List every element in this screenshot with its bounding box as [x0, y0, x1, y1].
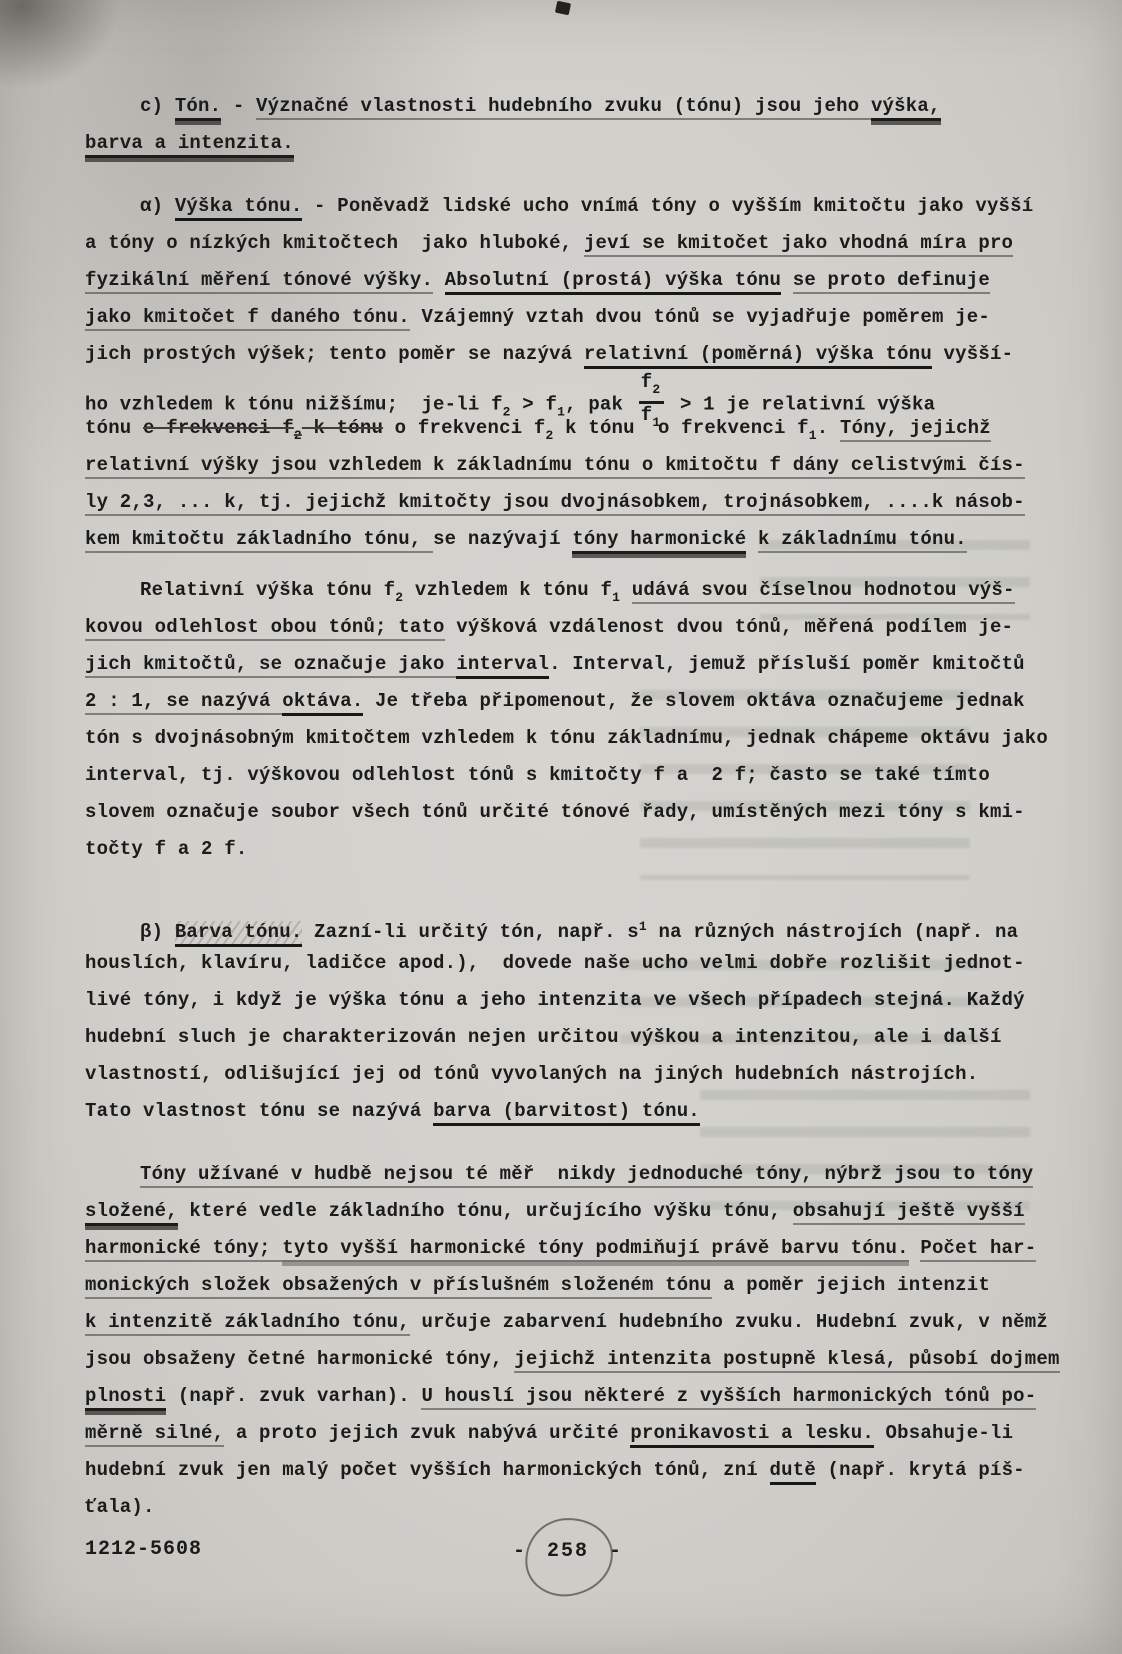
page-footer: 1212-5608 - 258 -	[85, 1530, 1060, 1590]
ink-mark	[555, 1, 571, 16]
text-segment: - Poněvadž lidské ucho vnímá tóny o vyšš…	[302, 195, 1033, 217]
text-segment: 1	[612, 590, 620, 605]
text-segment: 2	[294, 428, 302, 443]
subscript: 2	[652, 382, 660, 397]
text-segment: Tóny, jejichž	[840, 417, 991, 442]
text-segment: (např. zvuk varhan).	[166, 1385, 421, 1407]
text-segment: vlastností, odlišující jej od tónů vyvol…	[85, 1063, 978, 1085]
text-segment: tón s dvojnásobným kmitočtem vzhledem k …	[85, 727, 1048, 749]
text-segment: vyšší-	[932, 343, 1013, 365]
text-line: tón s dvojnásobným kmitočtem vzhledem k …	[85, 720, 1060, 757]
scan-corner-smudge	[0, 0, 120, 90]
paragraph: Tóny užívané v hudbě nejsou té měř nikdy…	[85, 1156, 1060, 1526]
text-segment: jeví se kmitočet jako vhodná míra pro	[584, 232, 1013, 257]
text-line: barva a intenzita.	[85, 125, 1060, 162]
text-segment: k intenzitě základního tónu,	[85, 1311, 410, 1336]
text-segment	[909, 1237, 921, 1259]
text-line: kovou odlehlost obou tónů; tato výšková …	[85, 609, 1060, 646]
text-segment: 2 : 1, se nazývá	[85, 690, 282, 715]
text-segment: ly 2,3, ... k, tj. jejichž kmitočty jsou…	[85, 491, 1025, 516]
text-segment: Je třeba připomenout, že slovem oktáva o…	[363, 690, 1024, 712]
paragraph: c) Tón. - Význačné vlastnosti hudebního …	[85, 88, 1060, 162]
text-line: a tóny o nízkých kmitočtech jako hluboké…	[85, 225, 1060, 262]
text-segment: k tónu o frekvenci f	[554, 417, 809, 439]
scanned-page: c) Tón. - Význačné vlastnosti hudebního …	[0, 0, 1122, 1654]
text-segment: jsou obsaženy četné harmonické tóny,	[85, 1348, 514, 1370]
text-line: monických složek obsažených v příslušném…	[85, 1267, 1060, 1304]
paragraph: Relativní výška tónu f2 vzhledem k tónu …	[85, 572, 1060, 868]
text-line: Tóny užívané v hudbě nejsou té měř nikdy…	[85, 1156, 1060, 1193]
text-segment: barva a intenzita.	[85, 132, 294, 158]
text-segment: Obsahuje-li	[874, 1422, 1013, 1444]
text-line: vlastností, odlišující jej od tónů vyvol…	[85, 1056, 1060, 1093]
text-segment: hudební zvuk jen malý počet vyšších harm…	[85, 1459, 770, 1481]
text-segment: složené,	[85, 1200, 178, 1226]
document-body: c) Tón. - Význačné vlastnosti hudebního …	[85, 88, 1060, 1540]
text-line: Relativní výška tónu f2 vzhledem k tónu …	[85, 572, 1060, 609]
subscript: 1	[652, 415, 660, 430]
text-line: ly 2,3, ... k, tj. jejichž kmitočty jsou…	[85, 484, 1060, 521]
fraction-f2-over-f1: f2f1	[639, 371, 665, 434]
page-number: - 258 -	[513, 1540, 623, 1563]
text-line: točty f a 2 f.	[85, 831, 1060, 868]
text-segment: interval	[456, 653, 549, 679]
text-segment: Tato vlastnost tónu se nazývá	[85, 1100, 433, 1122]
text-segment: Relativní výška tónu f	[140, 579, 395, 601]
text-segment: jich prostých výšek; tento poměr se nazý…	[85, 343, 584, 365]
text-segment: Počet har-	[920, 1237, 1036, 1262]
text-line: složené, které vedle základního tónu, ur…	[85, 1193, 1060, 1230]
text-segment: k tónu	[302, 417, 383, 439]
text-segment: oktáva.	[282, 690, 363, 716]
text-segment: se proto definuje	[793, 269, 990, 294]
text-segment: Tóny užívané v hudbě nejsou té měř nikdy…	[140, 1163, 1033, 1188]
text-line: fyzikální měření tónové výšky. Absolutní…	[85, 262, 1060, 299]
text-segment: Barva tónu.	[175, 921, 303, 947]
text-segment: jich kmitočtů, se označuje jako	[85, 653, 456, 678]
text-segment: kem kmitočtu základního tónu,	[85, 528, 433, 553]
text-line: interval, tj. výškovou odlehlost tónů s …	[85, 757, 1060, 794]
text-segment: slovem označuje soubor všech tónů určité…	[85, 801, 1025, 823]
text-segment: interval, tj. výškovou odlehlost tónů s …	[85, 764, 990, 786]
text-segment	[746, 528, 758, 550]
text-line: jsou obsaženy četné harmonické tóny, jej…	[85, 1341, 1060, 1378]
text-segment: udává svou číselnou hodnotou výš-	[632, 579, 1015, 604]
text-segment: a tóny o nízkých kmitočtech jako hluboké…	[85, 232, 584, 254]
text-segment: (např. krytá píš-	[816, 1459, 1025, 1481]
text-segment: c)	[140, 95, 175, 117]
text-segment: měrně silné,	[85, 1422, 224, 1447]
text-line: hudební zvuk jen malý počet vyšších harm…	[85, 1452, 1060, 1489]
text-segment: Tón.	[175, 95, 221, 121]
text-segment: k základnímu tónu.	[758, 528, 967, 553]
text-segment: houslích, klavíru, ladičce apod.), doved…	[85, 952, 1025, 974]
text-segment: -	[221, 95, 256, 117]
text-line: ho vzhledem k tónu nižšímu; je-li f2 > f…	[85, 373, 1060, 410]
text-segment: jako kmitočet f daného tónu.	[85, 306, 410, 331]
text-line: jich prostých výšek; tento poměr se nazý…	[85, 336, 1060, 373]
text-segment: harmonické tóny;	[85, 1237, 282, 1262]
text-line: β) Barva tónu. Zazní-li určitý tón, např…	[85, 908, 1060, 945]
text-segment: dutě	[770, 1459, 816, 1485]
page-number-circled: 258	[541, 1540, 595, 1563]
text-segment: 1	[809, 428, 817, 443]
text-segment: relativní (poměrná) výška tónu	[584, 343, 932, 369]
text-segment: barva (barvitost) tónu.	[433, 1100, 700, 1126]
text-segment: o frekvenci f	[383, 417, 545, 439]
text-line: 2 : 1, se nazývá oktáva. Je třeba připom…	[85, 683, 1060, 720]
text-segment: α)	[140, 195, 175, 217]
text-segment: a poměr jejich intenzit	[712, 1274, 990, 1296]
text-line: tónu e frekvenci f2 k tónu o frekvenci f…	[85, 410, 1060, 447]
text-segment: hudební sluch je charakterizován nejen u…	[85, 1026, 1002, 1048]
text-line: slovem označuje soubor všech tónů určité…	[85, 794, 1060, 831]
text-segment: jejichž intenzita postupně klesá, působí…	[514, 1348, 1059, 1373]
text-line: měrně silné, a proto jejich zvuk nabývá …	[85, 1415, 1060, 1452]
text-segment: U houslí jsou některé z vyšších harmonic…	[421, 1385, 1036, 1410]
text-segment: β)	[140, 921, 175, 943]
text-segment	[620, 579, 632, 601]
text-line: livé tóny, i když je výška tónu a jeho i…	[85, 982, 1060, 1019]
text-segment: na různých nástrojích (např. na	[647, 921, 1018, 943]
text-segment: a proto jejich zvuk nabývá určité	[224, 1422, 630, 1444]
text-segment: výšková vzdálenost dvou tónů, měřená pod…	[445, 616, 1014, 638]
text-line: c) Tón. - Význačné vlastnosti hudebního …	[85, 88, 1060, 125]
fraction-numerator: f2	[639, 371, 665, 404]
text-segment: pronikavosti a lesku.	[630, 1422, 874, 1448]
text-segment: plnosti	[85, 1385, 166, 1411]
text-segment: Vzájemný vztah dvou tónů se vyjadřuje po…	[410, 306, 990, 328]
text-segment: Význačné vlastnosti hudebního zvuku (tón…	[256, 95, 871, 120]
text-segment: výška,	[871, 95, 941, 121]
text-segment: 1	[639, 919, 647, 934]
text-segment	[433, 269, 445, 291]
text-line: kem kmitočtu základního tónu, se nazývaj…	[85, 521, 1060, 558]
text-segment: livé tóny, i když je výška tónu a jeho i…	[85, 989, 1025, 1011]
text-segment: ťala).	[85, 1496, 155, 1518]
text-segment: Absolutní (prostá) výška tónu	[445, 269, 781, 295]
text-segment: 2	[546, 428, 554, 443]
text-segment: kovou odlehlost obou tónů; tato	[85, 616, 445, 641]
text-segment: se nazývají	[433, 528, 572, 550]
text-line: jich kmitočtů, se označuje jako interval…	[85, 646, 1060, 683]
text-segment: tyto vyšší harmonické tóny podmiňují prá…	[282, 1237, 909, 1262]
text-line: houslích, klavíru, ladičce apod.), doved…	[85, 945, 1060, 982]
text-segment: .	[817, 417, 840, 439]
text-line: k intenzitě základního tónu, určuje zaba…	[85, 1304, 1060, 1341]
text-segment	[781, 269, 793, 291]
text-line: α) Výška tónu. - Poněvadž lidské ucho vn…	[85, 188, 1060, 225]
text-segment: . Interval, jemuž přísluší poměr kmitočt…	[549, 653, 1025, 675]
text-segment: fyzikální měření tónové výšky.	[85, 269, 433, 294]
document-code: 1212-5608	[85, 1538, 202, 1561]
text-line: relativní výšky jsou vzhledem k základní…	[85, 447, 1060, 484]
text-segment: točty f a 2 f.	[85, 838, 247, 860]
text-line: plnosti (např. zvuk varhan). U houslí js…	[85, 1378, 1060, 1415]
text-segment: monických složek obsažených v příslušném…	[85, 1274, 712, 1299]
text-line: hudební sluch je charakterizován nejen u…	[85, 1019, 1060, 1056]
text-segment: Výška tónu.	[175, 195, 303, 221]
text-segment: obsahují ještě vyšší	[793, 1200, 1025, 1225]
paragraph: β) Barva tónu. Zazní-li určitý tón, např…	[85, 908, 1060, 1130]
text-segment: tóny harmonické	[572, 528, 746, 554]
text-segment: relativní výšky jsou vzhledem k základní…	[85, 454, 1025, 479]
text-segment: tónu	[85, 417, 143, 439]
text-line: Tato vlastnost tónu se nazývá barva (bar…	[85, 1093, 1060, 1130]
paragraph: α) Výška tónu. - Poněvadž lidské ucho vn…	[85, 188, 1060, 558]
text-segment: které vedle základního tónu, určujícího …	[178, 1200, 793, 1222]
text-segment: Zazní-li určitý tón, např. s	[302, 921, 638, 943]
text-segment: určuje zabarvení hudebního zvuku. Hudebn…	[410, 1311, 1048, 1333]
fraction-denominator: f1	[639, 404, 665, 434]
text-segment: vzhledem k tónu f	[403, 579, 612, 601]
text-segment: e frekvenci f	[143, 417, 294, 439]
text-line: harmonické tóny; tyto vyšší harmonické t…	[85, 1230, 1060, 1267]
text-line: jako kmitočet f daného tónu. Vzájemný vz…	[85, 299, 1060, 336]
